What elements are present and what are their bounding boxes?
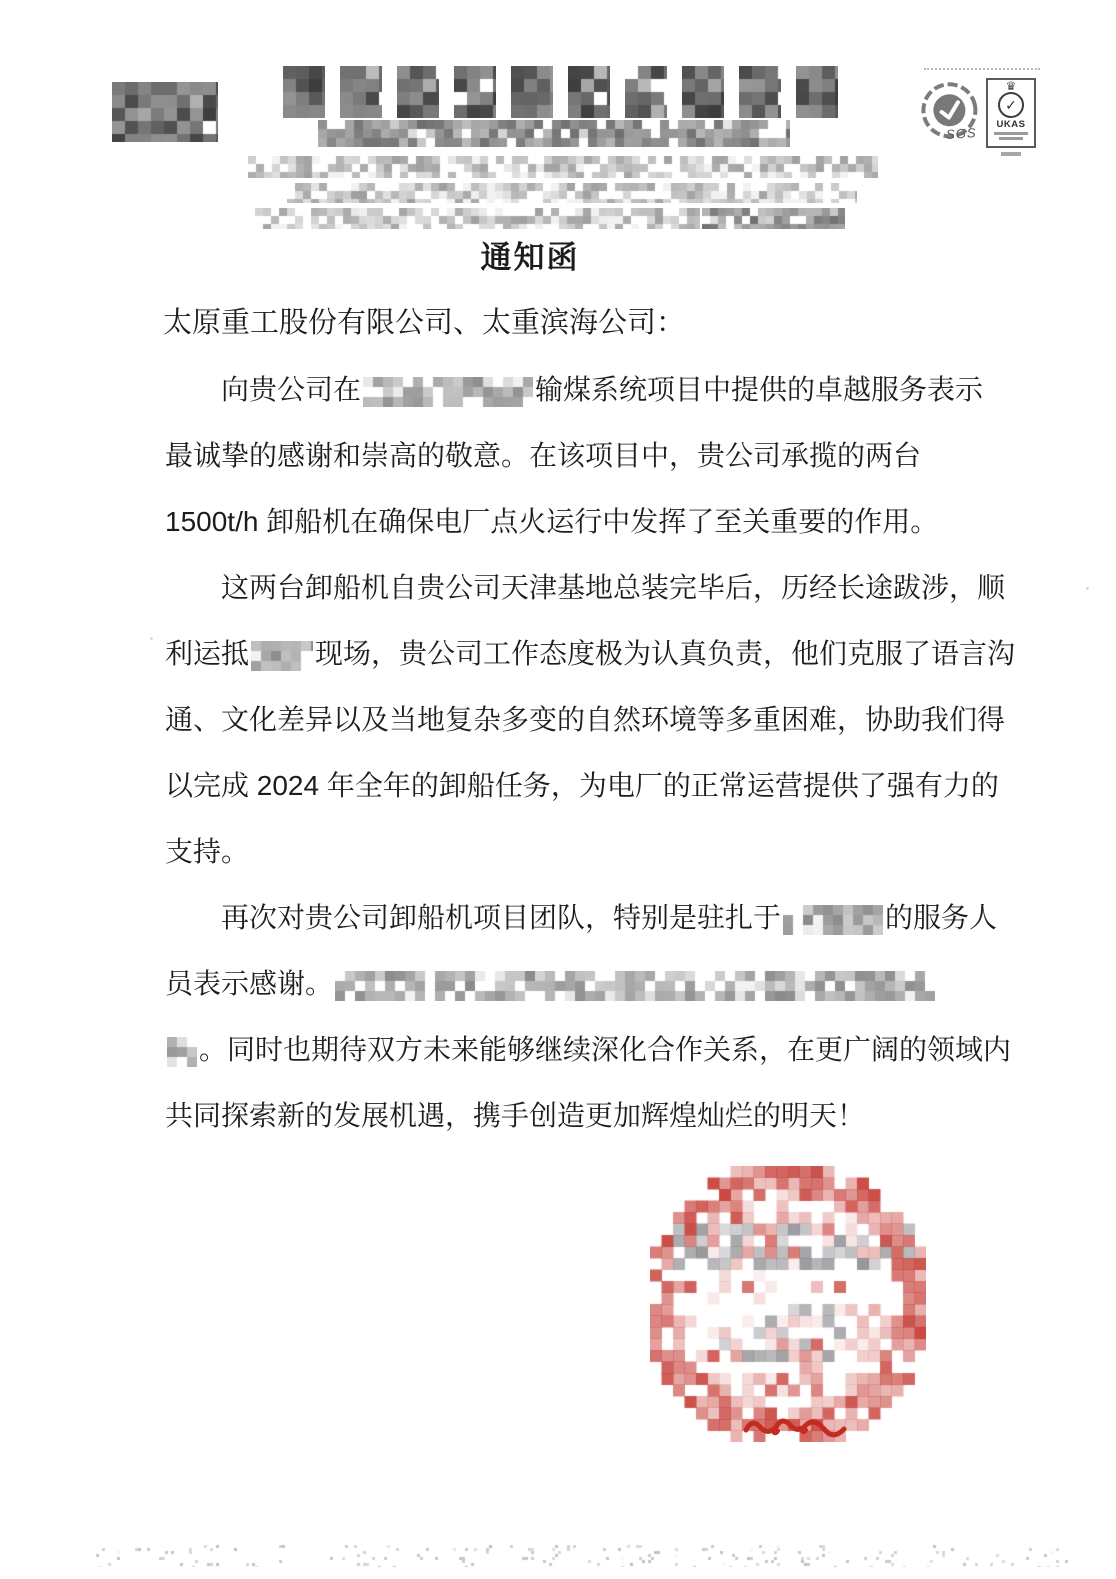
mosaic-canvas <box>363 377 533 407</box>
letter-text: 利运抵 <box>165 638 249 669</box>
letter-text: 通、文化差异以及当地复杂多变的自然环境等多重困难，协助我们得 <box>165 704 1005 735</box>
mosaic-canvas <box>167 1037 197 1067</box>
letter-line: 最诚挚的感谢和崇高的敬意。在该项目中，贵公司承揽的两台 <box>165 423 965 489</box>
mosaic-canvas <box>340 66 382 118</box>
letter-line: 利运抵现场，贵公司工作态度极为认真负责，他们克服了语言沟 <box>165 621 965 687</box>
mosaic-canvas <box>248 156 878 178</box>
mosaic-canvas <box>625 66 667 118</box>
company-name-char-block-redacted <box>625 66 667 118</box>
mosaic-canvas <box>739 66 781 118</box>
letter-text: 最诚挚的感谢和崇高的敬意。在该项目中，贵公司承揽的两台 <box>165 440 921 471</box>
scan-noise-strip <box>90 1545 1070 1567</box>
mosaic-canvas <box>511 66 553 118</box>
mosaic-canvas <box>796 66 838 118</box>
letter-line: 共同探索新的发展机遇，携手创造更加辉煌灿烂的明天！ <box>165 1083 965 1149</box>
mosaic-canvas <box>335 971 935 1001</box>
company-name-char-block-redacted <box>568 66 610 118</box>
letter-text: 支持。 <box>165 836 249 867</box>
redacted-text <box>167 1037 197 1067</box>
mosaic-canvas <box>318 120 790 147</box>
mosaic-canvas <box>255 208 700 229</box>
mosaic-canvas <box>682 66 724 118</box>
scan-speck <box>168 1106 171 1109</box>
red-seal-stamp-redacted <box>650 1166 926 1442</box>
company-name-char-block-redacted <box>283 66 325 118</box>
salutation: 太原重工股份有限公司、太重滨海公司： <box>163 300 685 341</box>
letter-title: 通知函 <box>140 232 920 277</box>
company-name-char-block-redacted <box>397 66 439 118</box>
mosaic-canvas <box>287 183 857 203</box>
letter-text: 现场，贵公司工作态度极为认真负责，他们克服了语言沟 <box>315 638 1015 669</box>
mosaic-canvas <box>112 82 218 142</box>
ukas-number-bar <box>1001 152 1021 156</box>
ukas-check-icon: ✓ <box>998 92 1024 118</box>
letter-text: 的服务人 <box>885 902 997 933</box>
mosaic-canvas <box>454 66 496 118</box>
letter-line: 这两台卸船机自贵公司天津基地总装完毕后，历经长途跋涉，顺 <box>165 555 965 621</box>
company-name-char-block-redacted <box>682 66 724 118</box>
address-line2-redacted <box>287 183 857 203</box>
company-name-char-block-redacted <box>796 66 838 118</box>
email-underline-redacted <box>702 208 845 229</box>
company-name-en-redacted <box>318 120 790 147</box>
letter-line: 以完成 2024 年全年的卸船任务，为电厂的正常运营提供了强有力的 <box>165 753 965 819</box>
letter-text: 1500t/h 卸船机在确保电厂点火运行中发挥了至关重要的作用。 <box>165 506 938 537</box>
letter-text: 共同探索新的发展机遇，携手创造更加辉煌灿烂的明天！ <box>165 1100 865 1131</box>
letter-line: 1500t/h 卸船机在确保电厂点火运行中发挥了至关重要的作用。 <box>165 489 965 555</box>
redacted-text <box>335 971 935 1001</box>
company-name-char-block-redacted <box>454 66 496 118</box>
letter-text: 员表示感谢。 <box>165 968 333 999</box>
letter-body: 向贵公司在输煤系统项目中提供的卓越服务表示最诚挚的感谢和崇高的敬意。在该项目中，… <box>165 357 965 1149</box>
redacted-text <box>251 641 313 671</box>
redacted-text <box>363 377 533 407</box>
mosaic-canvas <box>397 66 439 118</box>
scan-noise-dotted-line <box>924 68 1040 70</box>
redacted-text <box>783 905 883 935</box>
ukas-subtext-bar <box>999 137 1023 140</box>
scan-speck <box>150 637 153 640</box>
letter-line: 员表示感谢。 <box>165 951 965 1017</box>
stamp-canvas <box>650 1166 926 1442</box>
company-name-char-block-redacted <box>739 66 781 118</box>
letter-text: 再次对贵公司卸船机项目团队，特别是驻扎于 <box>221 902 781 933</box>
letter-text: 。同时也期待双方未来能够继续深化合作关系，在更广阔的领域内 <box>199 1034 1011 1065</box>
scanned-letter-page: SGS ♛ ✓ UKAS 通知函 太原重工股份有限公司、太重滨海公司： 向贵公司… <box>0 0 1116 1579</box>
handwritten-signature-mark <box>742 1414 852 1442</box>
company-name-char-block-redacted <box>340 66 382 118</box>
mosaic-canvas <box>251 641 313 671</box>
scan-speck <box>1086 587 1089 590</box>
mosaic-canvas <box>702 208 845 229</box>
address-line1-redacted <box>248 156 878 178</box>
mosaic-canvas <box>90 1545 1070 1567</box>
letter-line: 再次对贵公司卸船机项目团队，特别是驻扎于的服务人 <box>165 885 965 951</box>
letter-text: 输煤系统项目中提供的卓越服务表示 <box>535 374 983 405</box>
letter-line: 通、文化差异以及当地复杂多变的自然环境等多重困难，协助我们得 <box>165 687 965 753</box>
letter-line: 向贵公司在输煤系统项目中提供的卓越服务表示 <box>165 357 965 423</box>
ukas-label: UKAS <box>997 119 1026 130</box>
ukas-subtext-bar <box>994 132 1028 135</box>
company-name-char-block-redacted <box>511 66 553 118</box>
letter-text: 这两台卸船机自贵公司天津基地总装完毕后，历经长途跋涉，顺 <box>221 572 1005 603</box>
sgs-label: SGS <box>946 125 977 142</box>
ukas-crown-icon: ♛ <box>1006 81 1017 91</box>
letter-text: 向贵公司在 <box>221 374 361 405</box>
letter-line: 支持。 <box>165 819 965 885</box>
mosaic-canvas <box>568 66 610 118</box>
mosaic-canvas <box>783 905 883 935</box>
company-logo-redacted <box>112 82 218 142</box>
letter-text: 以完成 2024 年全年的卸船任务，为电厂的正常运营提供了强有力的 <box>165 770 999 801</box>
contact-line-redacted <box>255 208 700 229</box>
mosaic-canvas <box>283 66 325 118</box>
letter-line: 。同时也期待双方未来能够继续深化合作关系，在更广阔的领域内 <box>165 1017 965 1083</box>
ukas-certification-icon: ♛ ✓ UKAS <box>986 78 1036 148</box>
